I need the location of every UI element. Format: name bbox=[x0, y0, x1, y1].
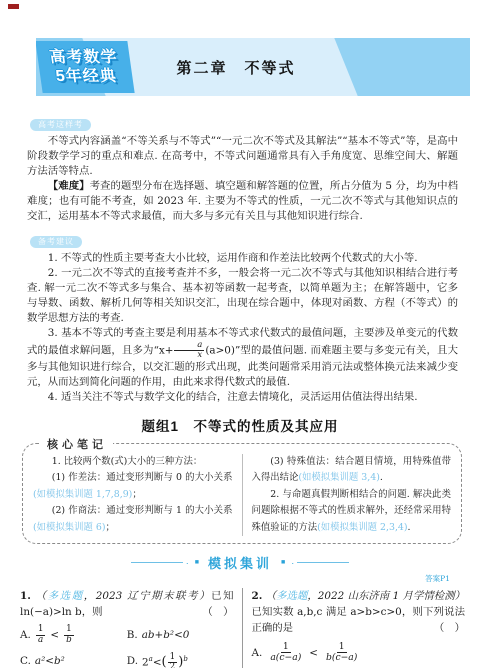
problem-2-stem: 2. （多选题，2022 山东济南 1 月学情检测）已知实数 a,b,c 满足 … bbox=[252, 588, 466, 636]
overview-badge: 高考这样考 bbox=[30, 119, 91, 131]
note-methods-title: 1. 比较两个数(式)大小的三种方法： bbox=[33, 454, 233, 471]
drill-decor-square-right: ■ bbox=[281, 559, 285, 566]
core-notes-label: 核心笔记 bbox=[41, 436, 113, 452]
difficulty-paragraph: 【难度】考查的题型分布在选择题、填空题和解答题的位置，所占分值为 5 分，均为中… bbox=[27, 179, 458, 224]
series-logo: 高考数学 5年经典 bbox=[36, 41, 135, 93]
drill-decor-dot-right: · bbox=[291, 558, 294, 568]
note-truth-judgement: 2. 与命题真假判断相结合的问题. 解决此类问题除根据不等式的性质求解外，还经常… bbox=[252, 487, 452, 537]
chapter-title: 第二章 不等式 bbox=[136, 38, 336, 96]
note-ref-4: (如模拟集训题 2,3,4) bbox=[317, 522, 407, 533]
drill-decor-square-left: ■ bbox=[195, 559, 199, 566]
advice-item3-fraction: ax bbox=[174, 341, 204, 360]
problem-1-option-c: C. a²<b² bbox=[20, 651, 127, 668]
difficulty-text: 考查的题型分布在选择题、填空题和解答题的位置，所占分值为 5 分，均为中档难度；… bbox=[27, 180, 458, 222]
core-notes-left-column: 1. 比较两个数(式)大小的三种方法： (1) 作差法：通过变形判断与 0 的大… bbox=[33, 454, 242, 537]
drill-title: 模拟集训 bbox=[208, 553, 272, 572]
overview-p1: 不等式内容涵盖“不等关系与不等式”“一元二次不等式及其解法”“基本不等式”等，是… bbox=[27, 135, 458, 177]
option-c-expression: a²<b² bbox=[35, 653, 65, 668]
option-b-expression: ab+b²<0 bbox=[142, 627, 190, 643]
fraction: 1a(c−a) bbox=[268, 642, 303, 662]
overview-section: 高考这样考 不等式内容涵盖“不等关系与不等式”“一元二次不等式及其解法”“基本不… bbox=[0, 112, 480, 224]
problem-2-answer-bracket: （ ） bbox=[434, 620, 465, 636]
group-title: 题组1 不等式的性质及其应用 bbox=[0, 415, 480, 435]
problem-1-tag: （多选题，2023 辽宁期末联考） bbox=[36, 590, 211, 602]
advice-badge: 备考建议 bbox=[30, 236, 82, 248]
problem-2-option-a: A. 1a(c−a) < 1b(c−a) bbox=[252, 642, 466, 662]
corner-mark bbox=[8, 4, 19, 9]
core-notes-columns: 1. 比较两个数(式)大小的三种方法： (1) 作差法：通过变形判断与 0 的大… bbox=[33, 454, 451, 537]
drill-decor-line-left bbox=[131, 562, 183, 563]
fraction: 12 bbox=[168, 653, 178, 668]
note-ref-3: (如模拟集训题 3,4) bbox=[298, 472, 379, 483]
note-method-special-value: (3) 特殊值法：结合题目情境，用特殊值带入得出结论(如模拟集训题 3,4). bbox=[252, 454, 452, 487]
problem-1-option-a: A. 1a < 1b bbox=[20, 625, 127, 644]
advice-section: 备考建议 1. 不等式的性质主要考查大小比较，运用作商和作差法比较两个代数式的大… bbox=[0, 229, 480, 405]
drill-decor-line-right bbox=[297, 562, 349, 563]
advice-item-3: 3. 基本不等式的考查主要是利用基本不等式求代数式的最值问题，主要涉及单变元的代… bbox=[27, 326, 458, 390]
problems-area: 1. （多选题，2023 辽宁期末联考）已知 ln(−a)>ln b，则（ ） … bbox=[20, 588, 465, 668]
overview-text: 不等式内容涵盖“不等关系与不等式”“一元二次不等式及其解法”“基本不等式”等，是… bbox=[0, 134, 480, 224]
problem-1: 1. （多选题，2023 辽宁期末联考）已知 ln(−a)>ln b，则（ ） … bbox=[20, 588, 242, 668]
problem-1-answer-bracket: （ ） bbox=[202, 604, 233, 620]
problem-2: 2. （多选题，2022 山东济南 1 月学情检测）已知实数 a,b,c 满足 … bbox=[242, 588, 466, 668]
note-ref-2: (如模拟集训题 6) bbox=[33, 522, 106, 533]
note-ref-1: (如模拟集训题 1,7,8,9) bbox=[33, 489, 132, 500]
note-method-difference: (1) 作差法：通过变形判断与 0 的大小关系(如模拟集训题 1,7,8,9)； bbox=[33, 470, 233, 503]
problem-1-option-b: B. ab+b²<0 bbox=[127, 625, 234, 644]
drill-decor-dot-left: · bbox=[186, 558, 189, 568]
advice-item-1: 1. 不等式的性质主要考查大小比较，运用作商和作差法比较两个代数式的大小等. bbox=[27, 251, 458, 266]
fraction: 1a bbox=[36, 625, 46, 644]
problem-2-type: 多选题 bbox=[276, 590, 307, 602]
advice-item-4: 4. 适当关注不等式与数学文化的结合，注意去情境化，灵活运用估值法得出结果. bbox=[27, 390, 458, 405]
textbook-page: 高考数学 5年经典 第二章 不等式 高考这样考 不等式内容涵盖“不等关系与不等式… bbox=[0, 0, 480, 668]
difficulty-label: 【难度】 bbox=[48, 181, 90, 192]
problem-1-type: 多选题 bbox=[48, 590, 84, 602]
core-notes-right-column: (3) 特殊值法：结合题目情境，用特殊值带入得出结论(如模拟集训题 3,4). … bbox=[242, 454, 452, 537]
problem-1-number: 1. bbox=[20, 590, 31, 602]
chapter-header: 高考数学 5年经典 第二章 不等式 bbox=[36, 38, 470, 96]
answers-page-ref: 答案P1 bbox=[0, 573, 450, 584]
fraction: 1b bbox=[64, 625, 74, 644]
option-d-expression: 2a<(12)b bbox=[142, 651, 188, 668]
problem-2-number: 2. bbox=[252, 590, 263, 602]
problem-1-option-d: D. 2a<(12)b bbox=[127, 651, 234, 668]
advice-text: 1. 不等式的性质主要考查大小比较，运用作商和作差法比较两个代数式的大小等. 2… bbox=[0, 251, 480, 405]
note-method-quotient: (2) 作商法：通过变形判断与 1 的大小关系(如模拟集训题 6)； bbox=[33, 503, 233, 536]
series-logo-line2: 5年经典 bbox=[55, 67, 119, 86]
problem-1-options: A. 1a < 1b B. ab+b²<0 C. a²<b² D. 2a<(12… bbox=[20, 625, 234, 668]
fraction: 1b(c−a) bbox=[324, 642, 359, 662]
problem-1-stem: 1. （多选题，2023 辽宁期末联考）已知 ln(−a)>ln b，则（ ） bbox=[20, 588, 234, 620]
series-logo-line1: 高考数学 bbox=[48, 48, 119, 67]
drill-section-header: · ■ 模拟集训 ■ · bbox=[0, 553, 480, 572]
overview-paragraph: 不等式内容涵盖“不等关系与不等式”“一元二次不等式及其解法”“基本不等式”等，是… bbox=[27, 134, 458, 179]
advice-item-2: 2. 一元二次不等式的直接考查并不多，一般会将一元二次不等式与其他知识相结合进行… bbox=[27, 266, 458, 326]
problem-2-tag: （多选题，2022 山东济南 1 月学情检测） bbox=[266, 590, 465, 602]
core-notes-box: 核心笔记 1. 比较两个数(式)大小的三种方法： (1) 作差法：通过变形判断与… bbox=[22, 443, 462, 545]
